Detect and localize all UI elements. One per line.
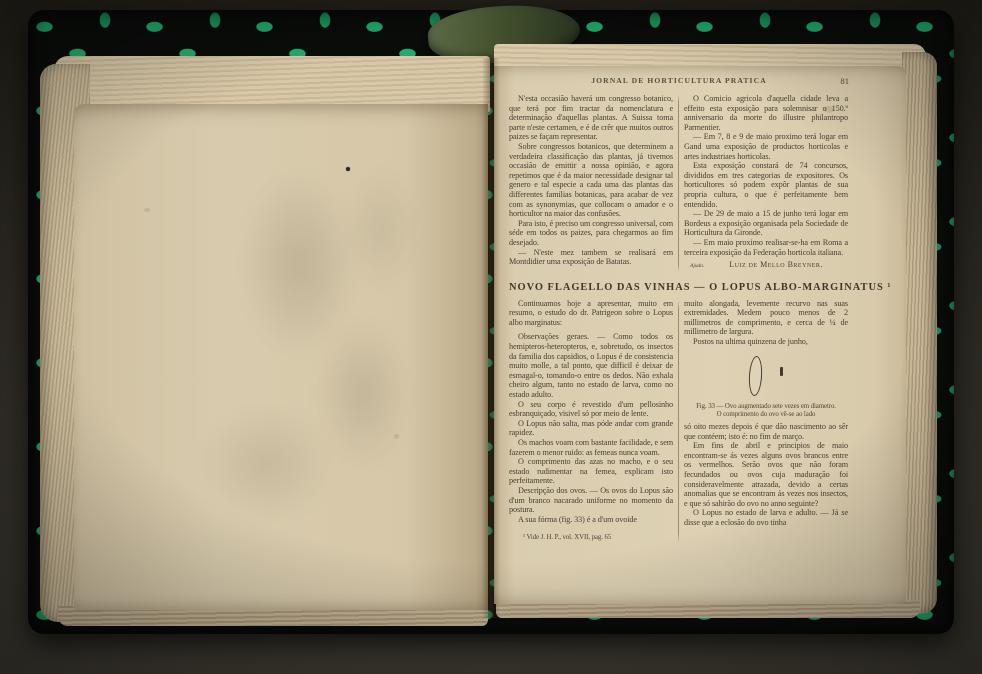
paragraph: O seu corpo é revestido d'um pellosinho … (509, 400, 673, 419)
paragraph: — N'este mez tambem se realisará em Mont… (509, 248, 673, 267)
paragraph: O comprimento das azas no macho, e o seu… (509, 457, 673, 486)
signature-line: Ajuda. Luiz de Mello Breyner. (684, 260, 848, 272)
section2-left-column: Continuamos hoje a apresentar, muito em … (509, 299, 673, 543)
center-gutter-shadow (482, 58, 500, 618)
paragraph: Para isto, é preciso um congresso univer… (509, 219, 673, 248)
ink-speck (346, 167, 350, 171)
paragraph: Em fins de abril e principios de maio en… (684, 441, 848, 508)
column-divider-rule (678, 95, 679, 272)
left-page-blank (74, 104, 488, 610)
engraving-show-through (162, 142, 467, 577)
paragraph: O Comicio agricola d'aquella cidade leva… (684, 94, 848, 132)
section1-columns: N'esta occasião haverá um congresso bota… (509, 94, 851, 272)
right-page-text-block: JORNAL DE HORTICULTURA PRATICA 81 N'esta… (509, 76, 851, 543)
section2-columns: Continuamos hoje a apresentar, muito em … (509, 299, 851, 543)
figure-caption-line1: Fig. 33 — Ovo augmentado sete vezes em d… (684, 403, 848, 411)
figure-caption: Fig. 33 — Ovo augmentado sete vezes em d… (684, 403, 848, 419)
page-number: 81 (840, 76, 849, 86)
running-header: JORNAL DE HORTICULTURA PRATICA 81 (509, 76, 849, 90)
paragraph: A sua fórma (fig. 33) é a d'um ovoide (509, 515, 673, 525)
journal-title: JORNAL DE HORTICULTURA PRATICA (509, 76, 849, 85)
egg-magnified-outline (748, 355, 763, 396)
paragraph: — Em maio proximo realisar-se-ha em Roma… (684, 238, 848, 257)
photo-of-open-book: JORNAL DE HORTICULTURA PRATICA 81 N'esta… (0, 0, 982, 674)
section1-left-column: N'esta occasião haverá um congresso bota… (509, 94, 673, 272)
paragraph: Descripção dos ovos. — Os ovos do Lopus … (509, 486, 673, 515)
paragraph: Esta exposição constará de 74 concursos,… (684, 161, 848, 209)
column-divider-rule (678, 300, 679, 543)
figure-33-egg: Fig. 33 — Ovo augmentado sete vezes em d… (684, 353, 848, 419)
signature-name: Luiz de Mello Breyner. (704, 260, 848, 270)
figure-drawing (684, 353, 848, 399)
fore-edge-right (902, 52, 937, 614)
paragraph: O Lopus não salta, mas póde andar com gr… (509, 419, 673, 438)
paper-spot (144, 208, 150, 212)
article-heading: NOVO FLAGELLO DAS VINHAS — O LOPUS ALBO-… (509, 282, 851, 293)
paragraph: Observações geraes. — Como todos os hemi… (509, 332, 673, 399)
paragraph: — Em 7, 8 e 9 de maio proximo terá logar… (684, 132, 848, 161)
paragraph: Sobre congressos botanicos, que determin… (509, 142, 673, 219)
footnote: ¹ Vide J. H. P., vol. XVII, pag. 65 (509, 533, 673, 543)
right-page: JORNAL DE HORTICULTURA PRATICA 81 N'esta… (494, 66, 906, 604)
section2-right-column: muito alongada, levemente recurvo nas su… (684, 299, 848, 543)
paragraph: O Lopus no estado de larva e adulto. — J… (684, 508, 848, 527)
signature-place: Ajuda. (690, 262, 704, 272)
figure-caption-line2: O comprimento do ovo vê-se ao lado (684, 411, 848, 419)
paragraph: N'esta occasião haverá um congresso bota… (509, 94, 673, 142)
paragraph: Continuamos hoje a apresentar, muito em … (509, 299, 673, 328)
paragraph: Postos na ultima quinzena de junho, (684, 337, 848, 347)
section1-right-column: O Comicio agricola d'aquella cidade leva… (684, 94, 848, 272)
paper-spot (394, 434, 399, 439)
paragraph: muito alongada, levemente recurvo nas su… (684, 299, 848, 337)
paragraph: — De 29 de maio a 15 de junho terá logar… (684, 209, 848, 238)
egg-actual-size-mark (780, 367, 783, 376)
paragraph: Os machos voam com bastante facilidade, … (509, 438, 673, 457)
paragraph: só oito mezes depois é que dão nasciment… (684, 422, 848, 441)
